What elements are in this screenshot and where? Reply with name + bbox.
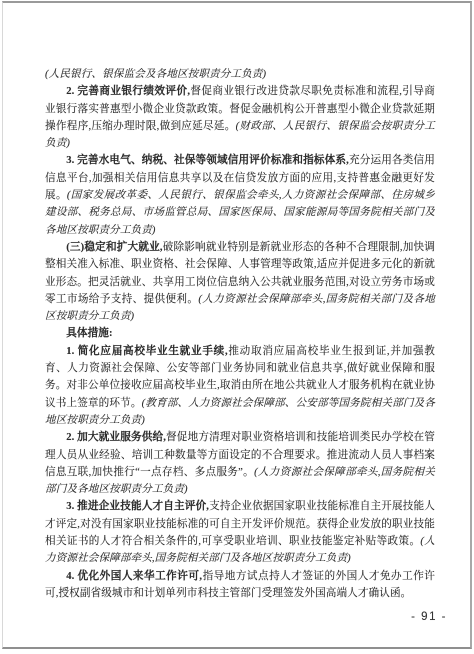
scanned-page: (人民银行、银保监会及各地区按职责分工负责)2. 完善商业银行绩效评价,督促商业… <box>0 0 474 654</box>
page-number: - 91 - <box>411 611 447 623</box>
paragraph: 2. 加大就业服务供给,督促地方清理对职业资格培训和技能培训类民办学校在管理人员… <box>45 429 435 498</box>
text-segment-kai: (人民银行、银保监会及各地区按职责分工负责) <box>45 69 266 80</box>
text-segment-hei: 具体措施: <box>66 328 112 339</box>
paragraph: 2. 完善商业银行绩效评价,督促商业银行改进贷款尽职免责标准和流程,引导商业银行… <box>45 83 435 152</box>
text-segment-hei: (三)稳定和扩大就业, <box>66 242 162 253</box>
paragraph: (人民银行、银保监会及各地区按职责分工负责) <box>45 66 435 83</box>
document-body-text: (人民银行、银保监会及各地区按职责分工负责)2. 完善商业银行绩效评价,督促商业… <box>45 66 435 602</box>
paragraph: 3. 完善水电气、纳税、社保等领域信用评价标准和指标体系,充分运用各类信用信息平… <box>45 152 435 238</box>
text-segment-hei: 3. 推进企业技能人才自主评价, <box>66 501 209 512</box>
paragraph: (三)稳定和扩大就业,破除影响就业特别是新就业形态的各种不合理限制,加快调整相关… <box>45 239 435 325</box>
text-segment-hei: 3. 完善水电气、纳税、社保等领域信用评价标准和指标体系, <box>66 155 349 166</box>
text-segment-hei: 2. 加大就业服务供给, <box>66 432 166 443</box>
paragraph: 1. 简化应届高校毕业生就业手续,推动取消应届高校毕业生报到证,并加强教育、人力… <box>45 343 435 429</box>
paragraph: 3. 推进企业技能人才自主评价,支持企业依据国家职业技能标准自主开展技能人才评定… <box>45 498 435 567</box>
text-segment-hei: 1. 简化应届高校毕业生就业手续, <box>66 346 228 357</box>
text-segment-kai: (国家发展改革委、人民银行、银保监会牵头,人力资源社会保障部、住房城乡建设部、税… <box>45 190 435 236</box>
paragraph: 4. 优化外国人来华工作许可,指导地方试点持人才签证的外国人才免办工作许可,授权… <box>45 568 435 603</box>
text-segment-hei: 2. 完善商业银行绩效评价, <box>66 86 190 97</box>
text-segment-hei: 4. 优化外国人来华工作许可, <box>66 571 202 582</box>
paragraph: 具体措施: <box>45 325 435 342</box>
